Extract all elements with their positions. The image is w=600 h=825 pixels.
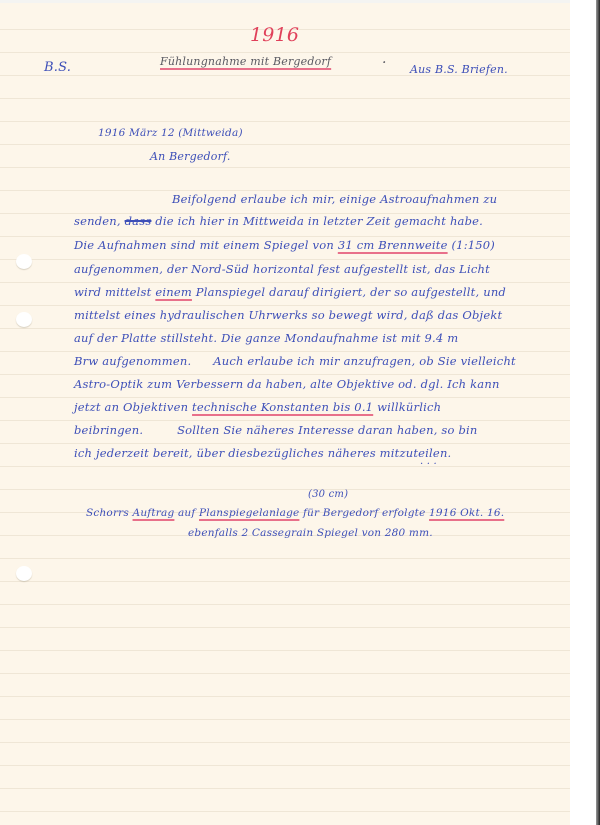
body-line-3: Die Aufnahmen sind mit einem Spiegel von… <box>74 238 495 252</box>
body-text: Sollten Sie näheres Interesse daran habe… <box>177 423 477 437</box>
letter-salutation: An Bergedorf. <box>150 150 231 163</box>
footnote-text: für Bergedorf erfolgte <box>303 507 426 519</box>
header-year: 1916 <box>250 24 299 46</box>
body-line-6: mittelst eines hydraulischen Uhrwerks so… <box>74 308 502 322</box>
underlined-planspiegelanlage: Planspiegelanlage <box>199 507 299 519</box>
body-line-5: wird mittelst einem Planspiegel darauf d… <box>74 285 506 299</box>
header-dot: · <box>382 55 387 71</box>
body-line-1: Beifolgend erlaube ich mir, einige Astro… <box>172 192 497 206</box>
body-text: willkürlich <box>377 400 441 414</box>
punch-hole-1 <box>16 254 32 269</box>
body-line-2: senden, dass die ich hier in Mittweida i… <box>74 214 483 228</box>
underlined-word-einem: einem <box>155 285 192 299</box>
body-line-7: auf der Platte stillsteht. Die ganze Mon… <box>74 331 458 345</box>
body-line-10: jetzt an Objektiven technische Konstante… <box>74 400 441 414</box>
underlined-technical-constants: technische Konstanten bis 0.1 <box>192 400 373 414</box>
header-left-tag: B.S. <box>44 60 71 75</box>
punch-hole-2 <box>16 312 32 327</box>
footnote-annotation: (30 cm) <box>308 489 348 500</box>
punch-hole-3 <box>16 566 32 581</box>
body-line-4: aufgenommen, der Nord-Süd horizontal fes… <box>74 262 490 276</box>
body-text: Auch erlaube ich mir anzufragen, ob Sie … <box>213 354 516 368</box>
body-text: Brw aufgenommen. <box>74 354 191 368</box>
underlined-order-date: 1916 Okt. 16. <box>429 507 504 519</box>
body-line-11: beibringen. Sollten Sie näheres Interess… <box>74 423 478 437</box>
footnote-line-1: Schorrs Auftrag auf Planspiegelanlage fü… <box>86 507 504 519</box>
body-text: wird mittelst <box>74 285 151 299</box>
body-text: jetzt an Objektiven <box>74 400 188 414</box>
header-right-note: Aus B.S. Briefen. <box>410 63 508 76</box>
footnote-text: Schorrs <box>86 507 129 519</box>
body-text: senden, <box>74 214 121 228</box>
body-text: die ich hier in Mittweida in letzter Zei… <box>155 214 483 228</box>
body-text: beibringen. <box>74 423 143 437</box>
body-line-9: Astro-Optik zum Verbessern da haben, alt… <box>74 377 500 391</box>
body-text: Planspiegel darauf dirigiert, der so auf… <box>196 285 506 299</box>
body-line-12: ich jederzeit bereit, über diesbezüglich… <box>74 446 451 460</box>
body-line-8: Brw aufgenommen. Auch erlaube ich mir an… <box>74 354 516 368</box>
scan-edge-shadow <box>596 0 600 825</box>
body-ellipsis: . . . <box>420 456 437 467</box>
ruled-paper-sheet <box>0 3 570 825</box>
body-text: Die Aufnahmen sind mit einem Spiegel von <box>74 238 334 252</box>
underlined-focal-length: 31 cm Brennweite <box>338 238 448 252</box>
header-title: Fühlungnahme mit Bergedorf <box>160 55 331 68</box>
letter-dateline: 1916 März 12 (Mittweida) <box>98 127 243 139</box>
struck-word: dass <box>125 214 152 228</box>
paper-top-edge <box>0 0 570 3</box>
footnote-line-2: ebenfalls 2 Cassegrain Spiegel von 280 m… <box>188 527 433 539</box>
footnote-text: auf <box>178 507 196 519</box>
underlined-auftrag: Auftrag <box>133 507 175 519</box>
body-text: (1:150) <box>451 238 495 252</box>
